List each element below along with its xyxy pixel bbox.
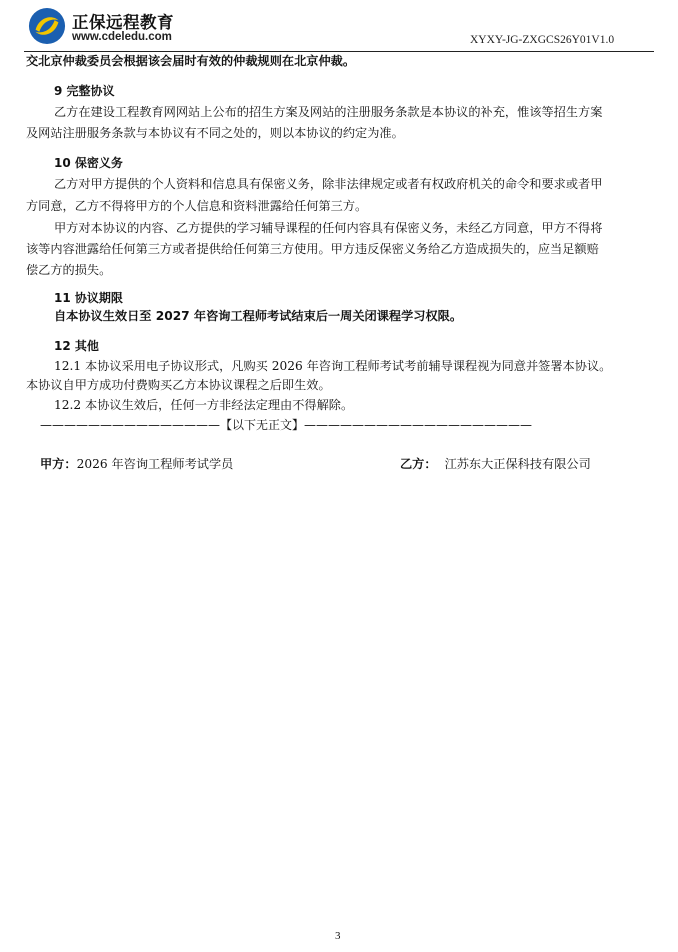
paragraph-line: 自本协议生效日至 2027 年咨询工程师考试结束后一周关闭课程学习权限。 bbox=[54, 305, 462, 328]
brand-name: 正保远程教育 bbox=[72, 9, 174, 33]
paragraph-line: 甲方对本协议的内容、乙方提供的学习辅导课程的任何内容具有保密义务，未经乙方同意，… bbox=[54, 217, 602, 240]
paragraph-line: 该等内容泄露给任何第三方或者提供给任何第三方使用。甲方违反保密义务给乙方造成损失… bbox=[26, 238, 599, 261]
party-a-label: 甲方： bbox=[40, 457, 77, 471]
party-b-signature: 乙方：江苏东大正保科技有限公司 bbox=[400, 455, 591, 472]
party-b-label: 乙方： bbox=[400, 457, 437, 471]
zhengbao-logo-icon bbox=[28, 7, 66, 45]
paragraph-line: 偿乙方的损失。 bbox=[26, 259, 111, 282]
section-heading: 10 保密义务 bbox=[54, 152, 123, 175]
paragraph-line: 及网站注册服务条款与本协议有不同之处的，则以本协议的约定为准。 bbox=[26, 122, 404, 145]
paragraph-line: 方同意，乙方不得将甲方的个人信息和资料泄露给任何第三方。 bbox=[26, 195, 367, 218]
paragraph-line: 乙方在建设工程教育网网站上公布的招生方案及网站的注册服务条款是本协议的补充，惟该… bbox=[54, 101, 602, 124]
party-b-value: 江苏东大正保科技有限公司 bbox=[445, 457, 591, 471]
end-of-text-marker: ———————————————【以下无正文】——————————————————… bbox=[40, 416, 532, 433]
intro-line: 交北京仲裁委员会根据该会届时有效的仲裁规则在北京仲裁。 bbox=[26, 50, 355, 73]
paragraph-line: 12.2 本协议生效后，任何一方非经法定理由不得解除。 bbox=[54, 394, 353, 417]
party-a-value: 2026 年咨询工程师考试学员 bbox=[77, 457, 234, 471]
section-heading: 9 完整协议 bbox=[54, 80, 115, 103]
brand-url: www.cdeledu.com bbox=[72, 31, 172, 43]
paragraph-line: 乙方对甲方提供的个人资料和信息具有保密义务，除非法律规定或者有权政府机关的命令和… bbox=[54, 173, 602, 196]
document-code: XYXY-JG-ZXGCS26Y01V1.0 bbox=[470, 34, 614, 46]
party-a-signature: 甲方：2026 年咨询工程师考试学员 bbox=[40, 455, 233, 472]
page-number: 3 bbox=[335, 930, 341, 942]
